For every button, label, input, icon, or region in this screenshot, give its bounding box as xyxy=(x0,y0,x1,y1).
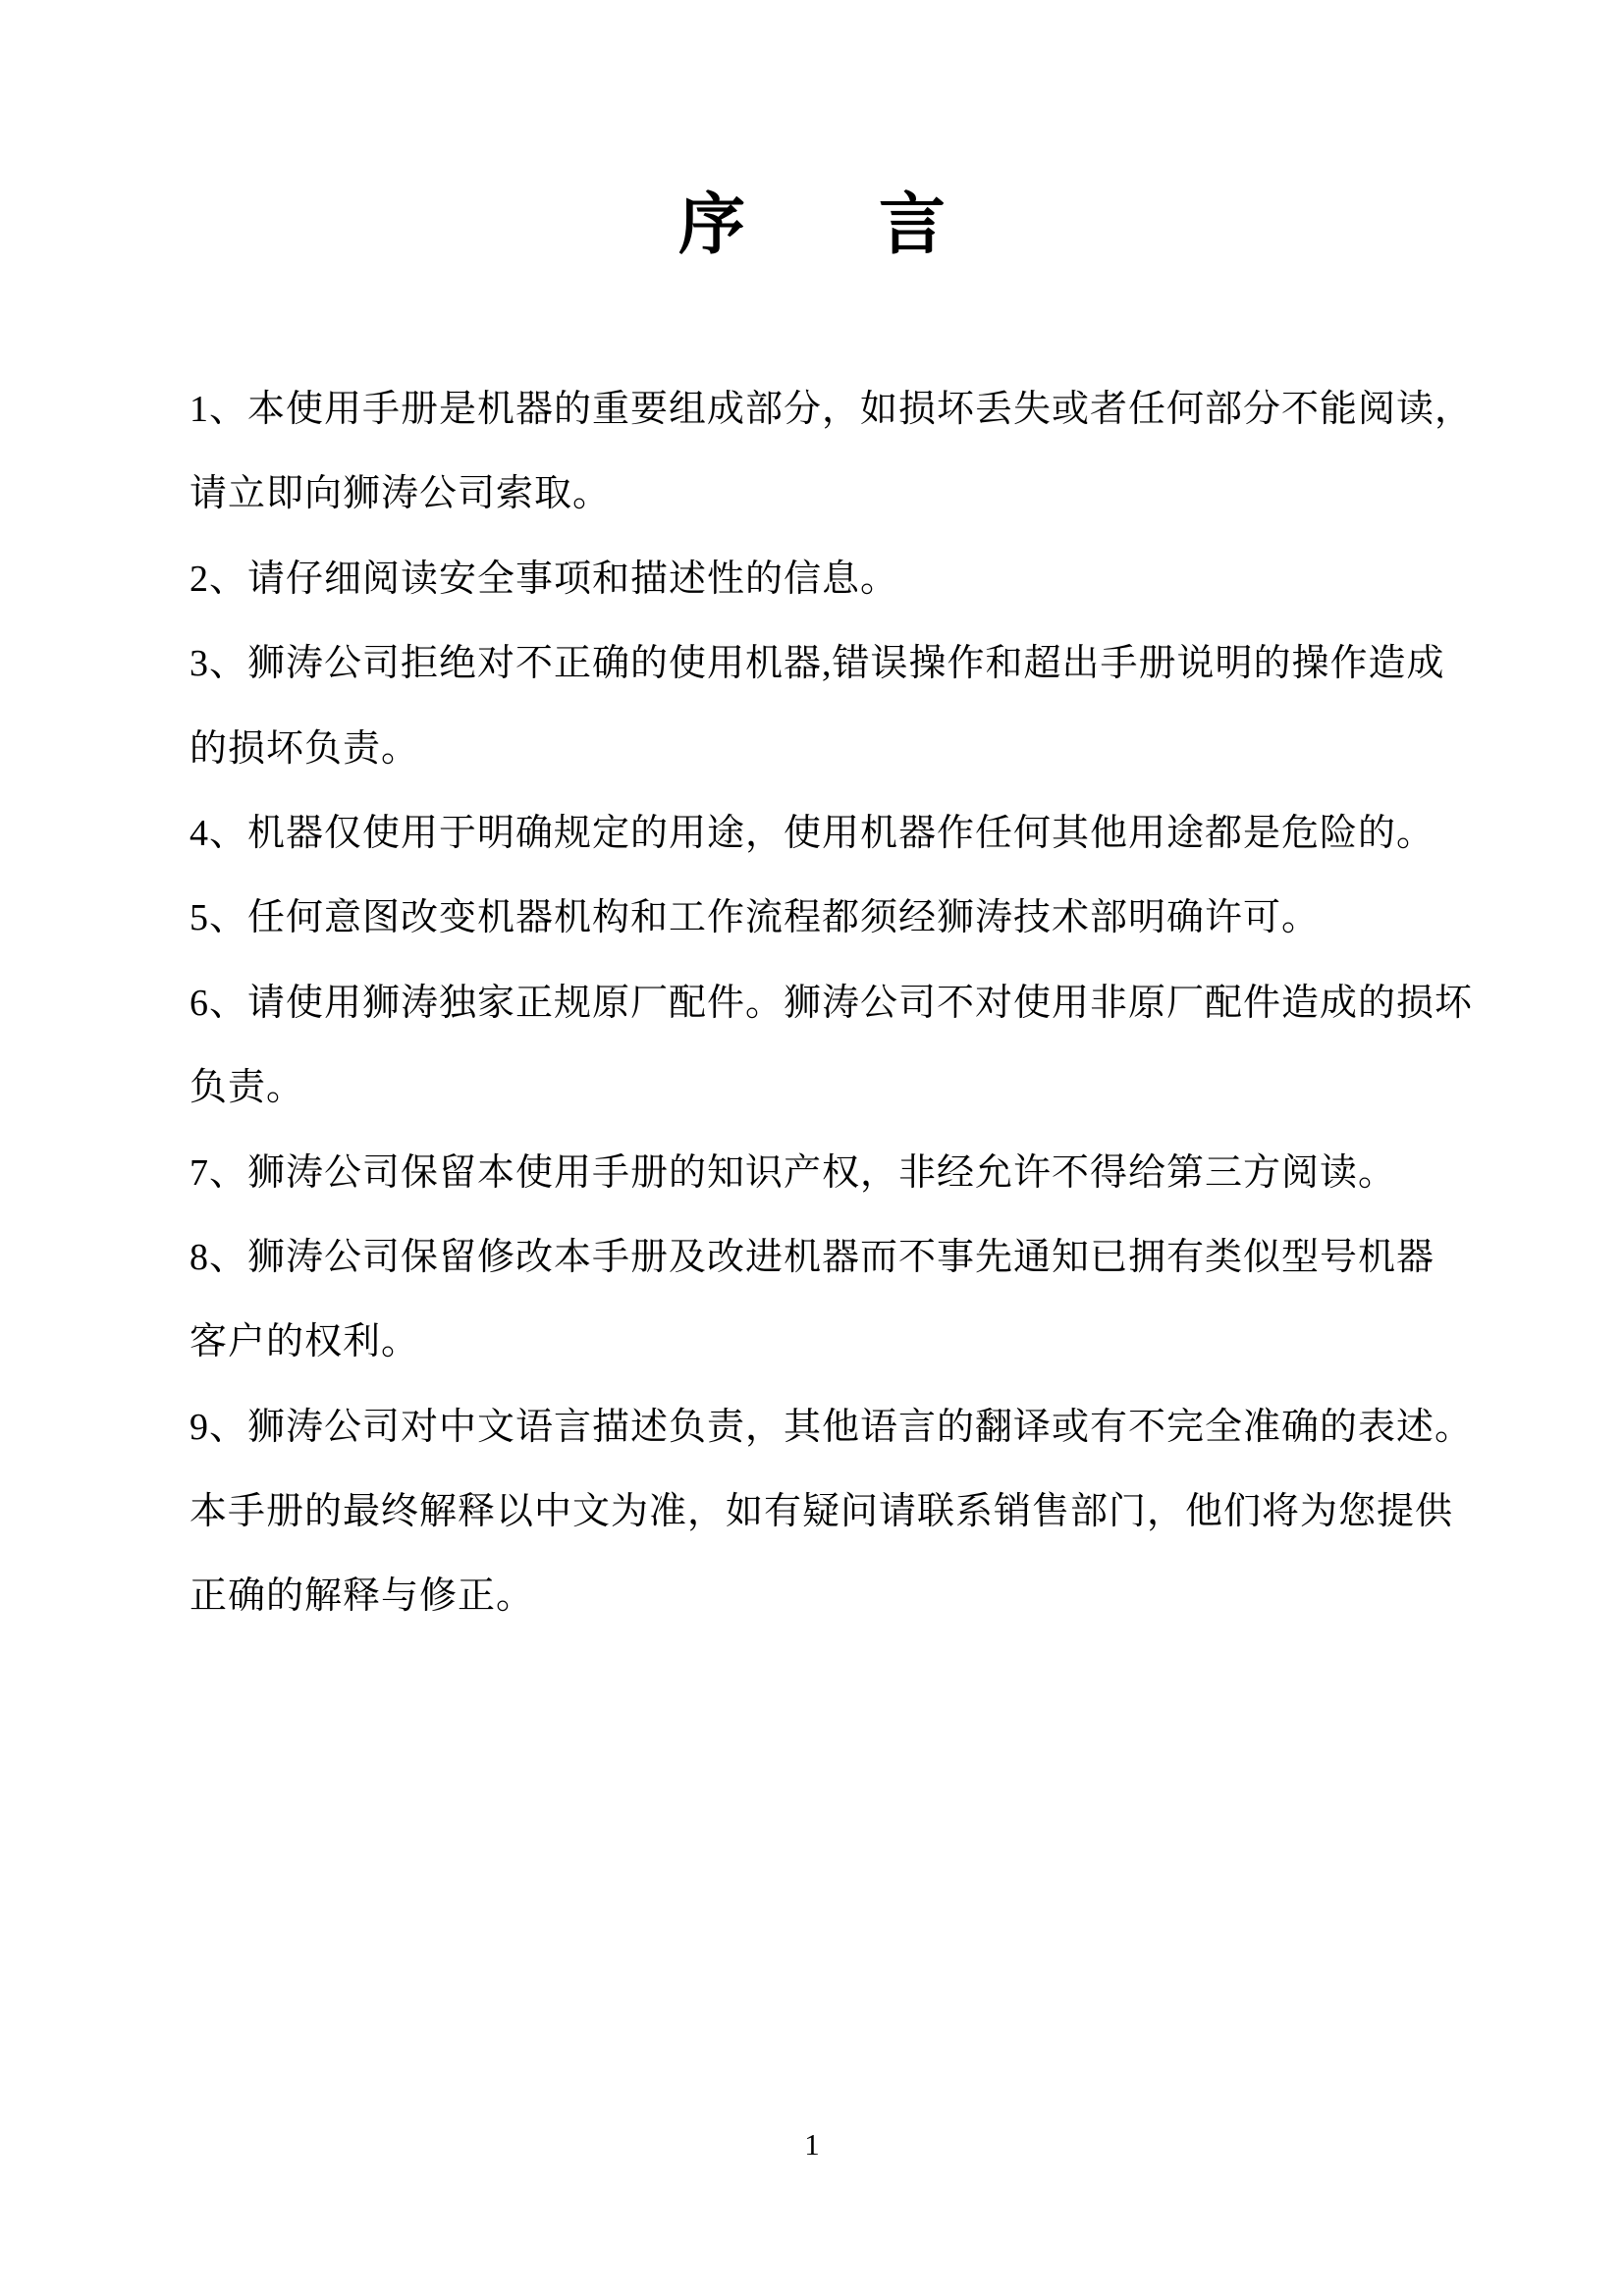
document-page: 序 言 1、本使用手册是机器的重要组成部分，如损坏丢失或者任何部分不能阅读， 请… xyxy=(0,0,1624,2296)
text-line-10: 7、狮涛公司保留本使用手册的知识产权，非经允许不得给第三方阅读。 xyxy=(189,1131,1466,1215)
text-line-6: 4、机器仅使用于明确规定的用途，使用机器作任何其他用途都是危险的。 xyxy=(189,791,1466,876)
text-line-1: 1、本使用手册是机器的重要组成部分，如损坏丢失或者任何部分不能阅读， xyxy=(189,367,1466,452)
text-line-2: 请立即向狮涛公司索取。 xyxy=(189,452,1466,536)
text-line-12: 客户的权利。 xyxy=(189,1300,1466,1384)
text-line-3: 2、请仔细阅读安全事项和描述性的信息。 xyxy=(189,537,1466,621)
text-line-14: 本手册的最终解释以中文为准，如有疑问请联系销售部门，他们将为您提供 xyxy=(189,1469,1466,1554)
text-line-7: 5、任何意图改变机器机构和工作流程都须经狮涛技术部明确许可。 xyxy=(189,876,1466,960)
page-title: 序 言 xyxy=(0,182,1624,268)
text-line-13: 9、狮涛公司对中文语言描述负责，其他语言的翻译或有不完全准确的表述。 xyxy=(189,1385,1466,1469)
text-line-9: 负责。 xyxy=(189,1045,1466,1130)
text-line-4: 3、狮涛公司拒绝对不正确的使用机器,错误操作和超出手册说明的操作造成 xyxy=(189,621,1466,706)
text-line-5: 的损坏负责。 xyxy=(189,707,1466,791)
text-line-11: 8、狮涛公司保留修改本手册及改进机器而不事先通知已拥有类似型号机器 xyxy=(189,1215,1466,1300)
text-line-15: 正确的解释与修正。 xyxy=(189,1554,1466,1638)
page-number: 1 xyxy=(0,2128,1624,2162)
text-line-8: 6、请使用狮涛独家正规原厂配件。狮涛公司不对使用非原厂配件造成的损坏 xyxy=(189,961,1466,1045)
preface-body: 1、本使用手册是机器的重要组成部分，如损坏丢失或者任何部分不能阅读， 请立即向狮… xyxy=(189,367,1466,1639)
